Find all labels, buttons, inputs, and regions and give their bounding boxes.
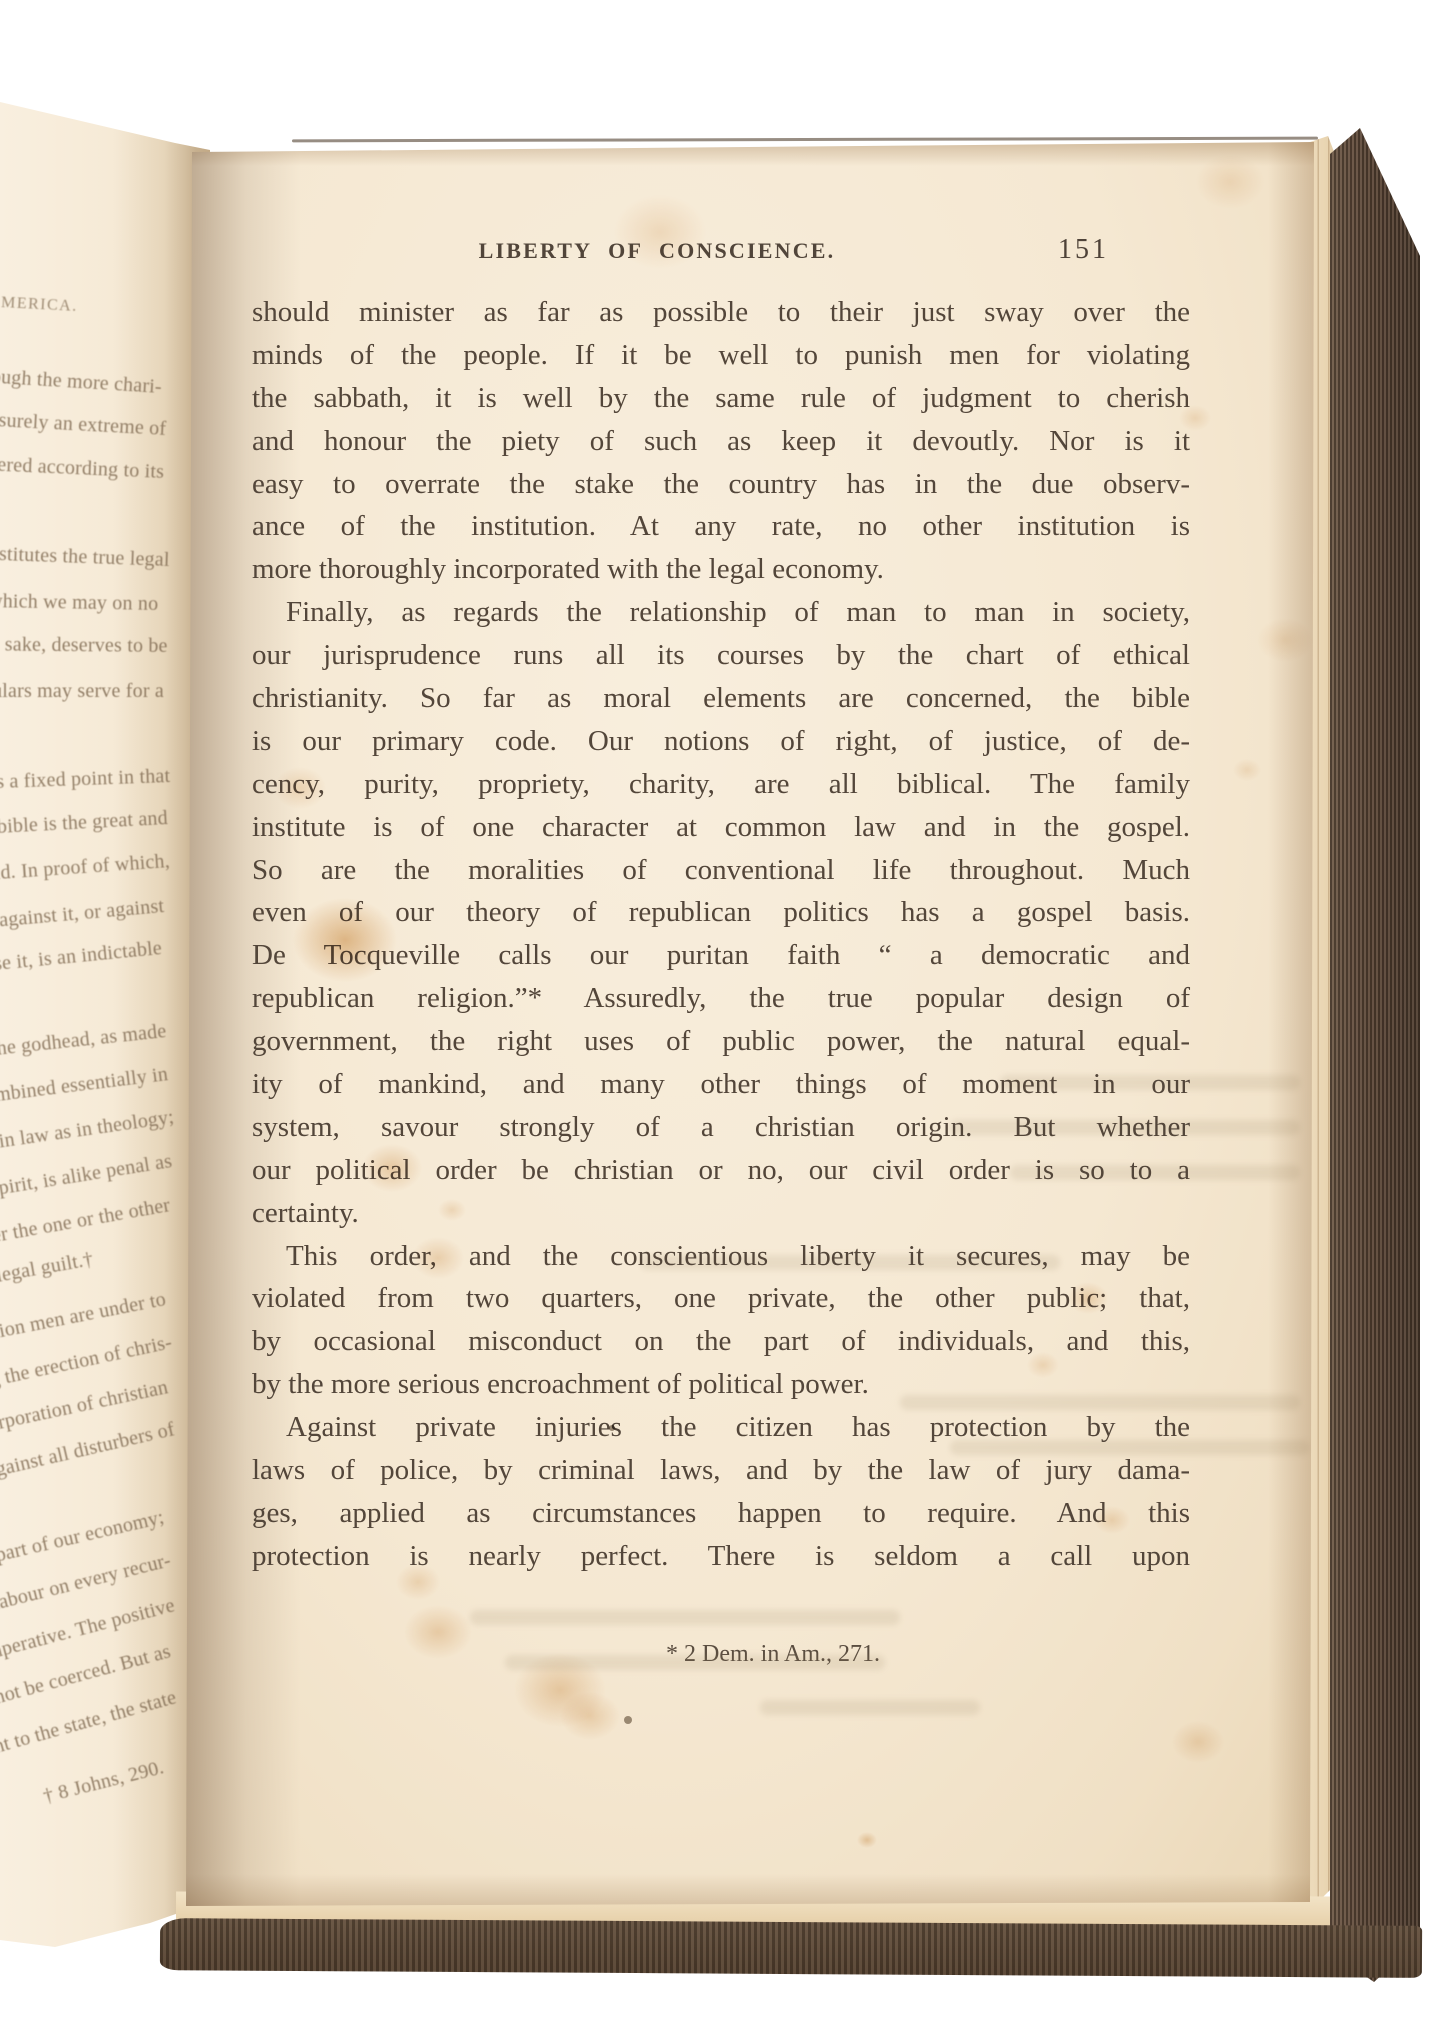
left-page-fragment: g particulars may serve for a xyxy=(0,680,164,703)
text-line: ity of mankind, and many other things of… xyxy=(252,1063,1190,1106)
text-line: De Tocqueville calls our puritan faith “… xyxy=(252,934,1190,977)
bottom-board xyxy=(160,1918,1422,1978)
text-line: by occasional misconduct on the part of … xyxy=(252,1320,1190,1363)
text-line: by the more serious encroachment of poli… xyxy=(252,1363,1190,1406)
text-line: certainty. xyxy=(252,1192,1190,1235)
left-page-fragment: † 8 Johns, 290. xyxy=(41,1756,166,1808)
text-line: minds of the people. If it be well to pu… xyxy=(252,334,1190,377)
left-page-fragment: trine of the godhead, as made xyxy=(0,1020,167,1068)
text-line: and honour the piety of such as keep it … xyxy=(252,420,1190,463)
text-line: protection is nearly perfect. There is s… xyxy=(252,1535,1190,1578)
page-number: 151 xyxy=(1058,234,1109,266)
text-line: easy to overrate the stake the country h… xyxy=(252,463,1190,506)
text-line: should minister as far as possible to th… xyxy=(252,291,1190,334)
right-page: LIBERTY OF CONSCIENCE. 151 should minist… xyxy=(186,136,1314,1908)
text-line: more thoroughly incorporated with the le… xyxy=(252,548,1190,591)
text-line: laws of police, by criminal laws, and by… xyxy=(252,1449,1190,1492)
board-edge-line xyxy=(292,137,1318,143)
ghost-text-line xyxy=(760,1700,980,1715)
left-page-fragment: hich constitutes the true legal xyxy=(0,541,170,572)
left-page-fragment: compose it, is an indictable xyxy=(0,937,163,981)
left-page-fragment: sphemy against it, or against xyxy=(0,895,165,938)
text-line: government, the right uses of public pow… xyxy=(252,1020,1190,1063)
text-line: This order, and the conscientious libert… xyxy=(252,1235,1190,1278)
foxing-stain xyxy=(857,1832,877,1848)
footnote: * 2 Dem. in Am., 271. xyxy=(304,1641,1242,1668)
left-page-fragment: nishment against all disturbers of xyxy=(0,1418,177,1502)
left-page: MERICA.ven though the more chari-here is… xyxy=(0,0,210,2023)
foxing-stain xyxy=(1196,155,1264,209)
left-page-fragment: ven though the more chari- xyxy=(0,362,163,398)
running-header: LIBERTY OF CONSCIENCE. xyxy=(188,238,1126,264)
text-line: our political order be christian or no, … xyxy=(252,1149,1190,1192)
left-page-fragment: e answered according to its xyxy=(0,451,165,484)
left-page-fragment: e bible is a fixed point in that xyxy=(0,765,170,796)
text-line: So are the moralities of conventional li… xyxy=(252,849,1190,892)
left-page-fragments: MERICA.ven though the more chari-here is… xyxy=(0,0,210,2023)
text-line: Finally, as regards the relationship of … xyxy=(252,591,1190,634)
left-page-fragment: law, the bible is the great and xyxy=(0,807,169,843)
left-page-fragment: religion's sake, deserves to be xyxy=(0,633,168,658)
left-page-fragment: , and which we may on no xyxy=(0,589,158,616)
ink-speck xyxy=(624,1716,632,1724)
text-line: republican religion.”* Assuredly, the tr… xyxy=(252,977,1190,1020)
foxing-stain xyxy=(1172,1721,1224,1763)
text-line: is our primary code. Our notions of righ… xyxy=(252,720,1190,763)
text-line: system, savour strongly of a christian o… xyxy=(252,1106,1190,1149)
text-line: the sabbath, it is well by the same rule… xyxy=(252,377,1190,420)
text-line: even of our theory of republican politic… xyxy=(252,891,1190,934)
text-line: ance of the institution. At any rate, no… xyxy=(252,505,1190,548)
foxing-stain xyxy=(560,1692,620,1740)
book-cover-edge xyxy=(1330,124,1420,1982)
cover-weave-texture xyxy=(160,1918,1422,1978)
ghost-text-line xyxy=(470,1610,900,1625)
page-text: should minister as far as possible to th… xyxy=(252,291,1190,1578)
text-line: Against private injuries the citizen has… xyxy=(252,1406,1190,1449)
left-page-fragment: here is surely an extreme of xyxy=(0,406,167,441)
foxing-stain xyxy=(1257,618,1313,663)
foxing-stain xyxy=(1233,759,1261,781)
text-line: institute is of one character at common … xyxy=(252,806,1190,849)
text-line: our jurisprudence runs all its courses b… xyxy=(252,634,1190,677)
text-line: violated from two quarters, one private,… xyxy=(252,1277,1190,1320)
left-page-fragment: n the world. In proof of which, xyxy=(0,850,171,891)
book-photo: MERICA.ven though the more chari-here is… xyxy=(0,0,1445,2023)
cover-weave-texture xyxy=(1330,124,1420,1982)
left-page-fragment: MERICA. xyxy=(1,294,79,316)
left-page-fragment: legal guilt.† xyxy=(0,1248,95,1288)
text-line: christianity. So far as moral elements a… xyxy=(252,677,1190,720)
text-line: cency, purity, propriety, charity, are a… xyxy=(252,763,1190,806)
text-line: ges, applied as circumstances happen to … xyxy=(252,1492,1190,1535)
